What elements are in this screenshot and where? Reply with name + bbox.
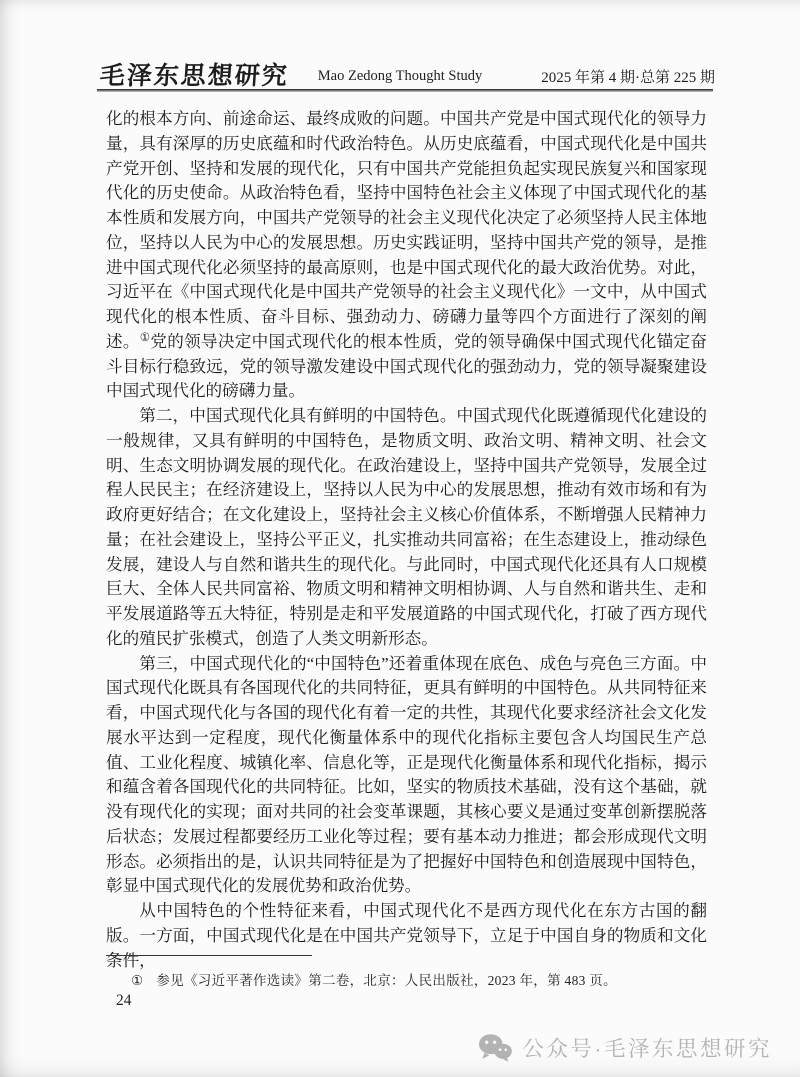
watermark: 公众号·毛泽东思想研究 [478,1032,772,1063]
article-body: 化的根本方向、前途命运、最终成败的问题。中国共产党是中国式现代化的领导力量，具有… [106,107,707,973]
paragraph-2: 第二，中国式现代化具有鲜明的中国特色。中国式现代化既遵循现代化建设的一般规律，又… [106,404,707,652]
journal-page: 毛泽东思想研究 Mao Zedong Thought Study 2025 年第… [0,0,800,1077]
page-number: 24 [116,992,132,1010]
paragraph-1-text-a: 化的根本方向、前途命运、最终成败的问题。中国共产党是中国式现代化的领导力量，具有… [106,109,707,351]
paragraph-1-text-b: 党的领导决定中国式现代化的根本性质，党的领导确保中国式现代化锚定奋斗目标行稳致远… [106,332,707,401]
footnote-text: 参见《习近平著作选读》第二卷，北京：人民出版社，2023 年，第 483 页。 [156,973,617,988]
header-rule [97,89,713,92]
issue-info: 2025 年第 4 期·总第 225 期 [541,66,715,87]
footnote-mark: ① [131,973,143,988]
watermark-text: 公众号·毛泽东思想研究 [522,1032,772,1063]
paragraph-1: 化的根本方向、前途命运、最终成败的问题。中国共产党是中国式现代化的领导力量，具有… [106,107,707,404]
footnote-reference-mark: ① [140,332,151,344]
paragraph-4: 从中国特色的个性特征来看，中国式现代化不是西方现代化在东方古国的翻版。一方面，中… [106,899,707,973]
paragraph-3: 第三，中国式现代化的“中国特色”还着重体现在底色、成色与亮色三方面。中国式现代化… [106,652,707,900]
wechat-icon [478,1033,512,1062]
footnote: ①参见《习近平著作选读》第二卷，北京：人民出版社，2023 年，第 483 页。 [106,969,707,989]
footnote-divider [106,955,312,956]
